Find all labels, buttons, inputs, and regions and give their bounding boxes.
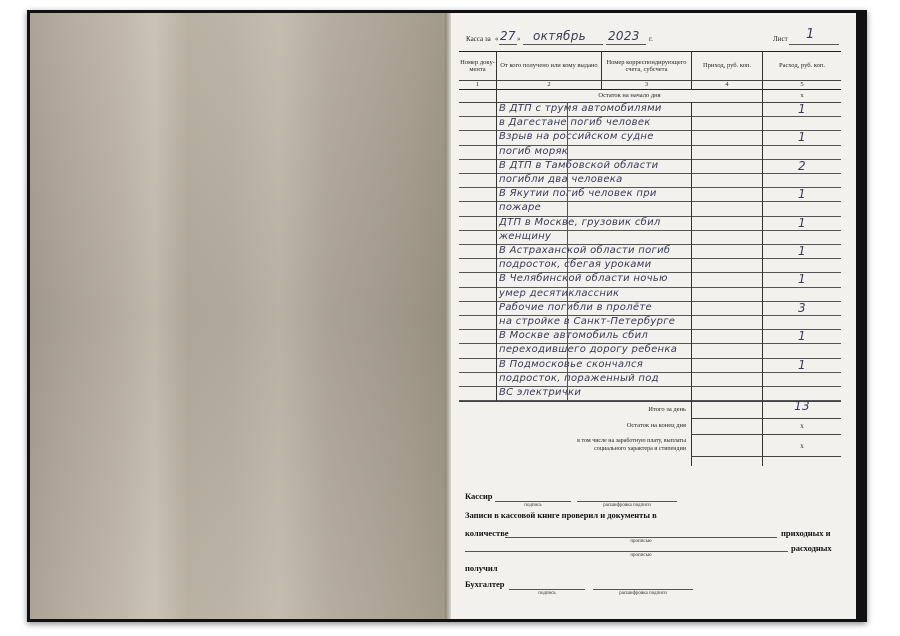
year-suffix: г. — [649, 35, 653, 43]
col-header-account: Номер корреспондирующего счета, субсчета — [602, 52, 691, 80]
sheet-number: 1 — [806, 27, 815, 42]
entry-description: подросток, сбегая уроками — [499, 259, 651, 270]
day-underline — [499, 44, 517, 45]
month-value: октябрь — [533, 29, 586, 43]
month-underline — [523, 44, 603, 45]
sheet-label: Лист — [773, 35, 788, 43]
entry-description: ВС электрички — [499, 387, 581, 398]
outgoing-count-line[interactable] — [465, 551, 788, 552]
incoming-label: приходных и — [781, 528, 831, 538]
entry-expense: 1 — [763, 102, 841, 116]
daily-total-label: Итого за день — [551, 406, 686, 413]
accountant-decode-caption: расшифровка подписи — [593, 591, 693, 596]
opening-balance-mark: х — [763, 90, 841, 101]
col-index-2: 2 — [497, 81, 601, 89]
entry-expense: 1 — [763, 329, 841, 343]
total-divider — [691, 418, 841, 419]
col-header-from-whom: От кого получено или кому выдано — [497, 52, 601, 80]
checked-label: Записи в кассовой книге проверил и докум… — [465, 510, 657, 520]
col-divider-2-header — [601, 51, 602, 89]
cashier-decode-caption: расшифровка подписи — [577, 503, 677, 508]
entry-expense: 1 — [763, 272, 841, 286]
entry-description: В Подмосковье скончался — [499, 359, 643, 370]
day-value: 27 — [500, 29, 516, 43]
col-index-5: 5 — [763, 81, 841, 89]
cash-book-page: Касса за « 27 » октябрь 2023 г. Лист 1 Н… — [451, 13, 856, 619]
quote-close: » — [517, 35, 521, 43]
received-label: получил — [465, 563, 498, 573]
salary-mark: х — [763, 442, 841, 450]
entry-expense: 3 — [763, 301, 841, 315]
entry-expense: 1 — [763, 130, 841, 144]
accountant-signature-line[interactable] — [509, 589, 585, 590]
entry-description: В Челябинской области ночью — [499, 273, 668, 284]
entry-expense: 1 — [763, 187, 841, 201]
entry-description: подросток, пораженный под — [499, 373, 659, 384]
accountant-label: Бухгалтер — [465, 579, 505, 589]
col-index-1: 1 — [459, 81, 496, 89]
entry-description: переходившего дорогу ребенка — [499, 344, 677, 355]
entry-expense: 1 — [763, 358, 841, 372]
col-header-expense: Расход, руб. коп. — [763, 52, 841, 80]
cashier-label: Кассир — [465, 491, 492, 501]
entry-description: умер десятиклассник — [499, 288, 619, 299]
opening-balance-label: Остаток на начало дня — [497, 90, 762, 101]
left-page-cover — [30, 13, 445, 619]
entry-expense: 1 — [763, 216, 841, 230]
salary-divider — [691, 456, 841, 457]
daily-total-expense: 13 — [763, 399, 841, 413]
entry-description: женщину — [499, 231, 551, 242]
entry-description: Взрыв на российском судне — [499, 131, 654, 142]
entry-description: в Дагестане погиб человек — [499, 117, 651, 128]
entry-description: В ДТП в Тамбовской области — [499, 160, 658, 171]
col-divider-2 — [567, 102, 568, 401]
kassa-label: Касса за — [466, 35, 491, 43]
entry-description: В Москве автомобиль сбил — [499, 330, 648, 341]
cashier-signature-line[interactable] — [495, 501, 571, 502]
year-value: 2023 — [608, 29, 640, 43]
incoming-in-words-caption: прописью — [505, 539, 777, 544]
outgoing-in-words-caption: прописью — [505, 553, 777, 558]
cashier-decode-line[interactable] — [577, 501, 677, 502]
closing-divider — [691, 434, 841, 435]
closing-balance-label: Остаток на конец дня — [531, 422, 686, 429]
col-index-4: 4 — [692, 81, 762, 89]
closing-balance-mark: х — [763, 422, 841, 430]
salary-label-2: социального характера и стипендии — [491, 446, 686, 452]
accountant-signature-caption: подпись — [509, 591, 585, 596]
entry-description: пожаре — [499, 202, 541, 213]
entry-description: на стройке в Санкт-Петербурге — [499, 316, 675, 327]
entry-description: погиб моряк — [499, 146, 568, 157]
col-index-3: 3 — [602, 81, 691, 89]
sheet-underline — [789, 44, 839, 45]
entry-description: Рабочие погибли в пролёте — [499, 302, 652, 313]
entry-description: погибли два человека — [499, 174, 623, 185]
outgoing-label: расходных — [791, 543, 832, 553]
entry-description: ДТП в Москве, грузовик сбил — [499, 217, 661, 228]
col-divider-1 — [496, 51, 497, 401]
col-divider-3 — [691, 102, 692, 401]
entry-description: В Якутии погиб человек при — [499, 188, 657, 199]
incoming-count-line[interactable] — [505, 537, 777, 538]
col-divider-3-header — [691, 51, 692, 90]
quantity-label: количестве — [465, 528, 509, 538]
quote-open: « — [495, 35, 499, 43]
col-header-doc-number: Номер доку- мента — [459, 52, 496, 80]
cashier-signature-caption: подпись — [495, 503, 571, 508]
year-underline — [606, 44, 646, 45]
entry-expense: 2 — [763, 159, 841, 173]
entry-description: В Астраханской области погиб — [499, 245, 670, 256]
salary-label-1: в том числе на заработную плату, выплаты — [491, 438, 686, 444]
entry-expense: 1 — [763, 244, 841, 258]
col-header-income: Приход, руб. коп. — [692, 52, 762, 80]
accountant-decode-line[interactable] — [593, 589, 693, 590]
entry-description: В ДТП с трумя автомобилями — [499, 103, 662, 114]
